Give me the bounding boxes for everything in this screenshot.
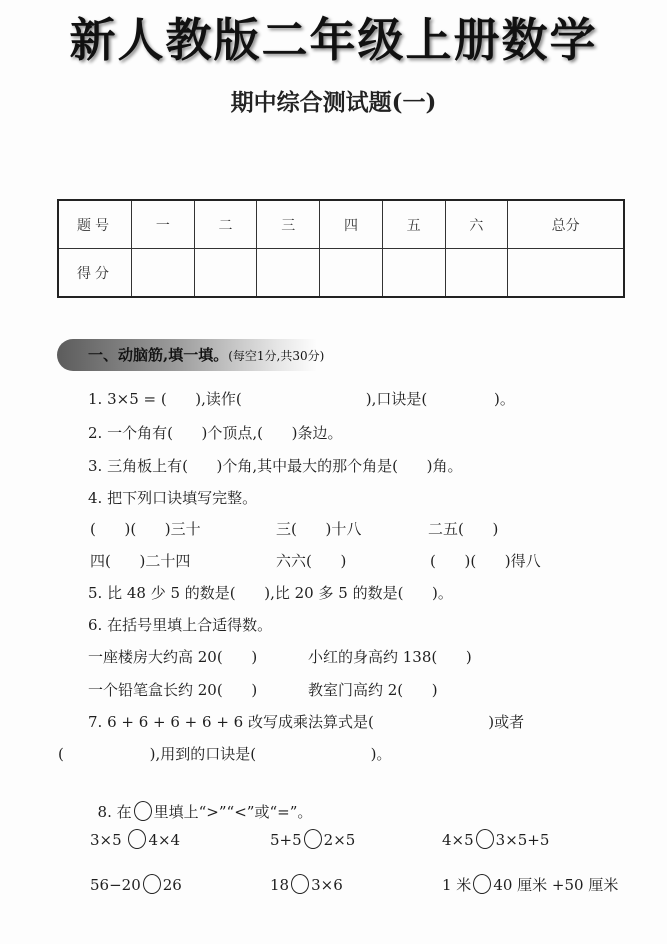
question-1: 1. 3×5 = ( ),读作( ),口诀是( )。: [88, 388, 515, 409]
score-cell: [445, 249, 508, 298]
page-title: 期中综合测试题(一): [0, 84, 667, 117]
question-6-title: 6. 在括号里填上合适得数。: [88, 614, 272, 635]
table-row: 题号 一 二 三 四 五 六 总分: [58, 200, 624, 249]
score-cell: [382, 249, 445, 298]
comparison-item: 1 米40 厘米 +50 厘米: [442, 874, 618, 895]
column-header: 一: [132, 200, 195, 249]
question-5: 5. 比 48 少 5 的数是( ),比 20 多 5 的数是( )。: [88, 582, 453, 603]
comparison-item: 56−2026: [90, 874, 182, 894]
question-7-line-1: 7. 6 + 6 + 6 + 6 + 6 改写成乘法算式是( )或者: [88, 711, 524, 732]
score-cell: [194, 249, 257, 298]
question-4-item: 六六( ): [276, 550, 346, 571]
score-cell: [257, 249, 320, 298]
column-header: 六: [445, 200, 508, 249]
banner-title: 新人教版二年级上册数学: [0, 4, 667, 70]
question-4-title: 4. 把下列口诀填写完整。: [88, 487, 257, 508]
question-7-line-2: ( ),用到的口诀是( )。: [58, 743, 391, 764]
column-header: 五: [382, 200, 445, 249]
question-3: 3. 三角板上有( )个角,其中最大的那个角是( )角。: [88, 455, 462, 476]
column-header: 四: [320, 200, 383, 249]
question-4-item: 四( )二十四: [90, 550, 190, 571]
row-header-score: 得分: [58, 249, 132, 298]
question-6-item: 小红的身高约 138( ): [308, 646, 472, 667]
comparison-item: 4×53×5+5: [442, 829, 549, 849]
question-2: 2. 一个角有( )个顶点,( )条边。: [88, 422, 342, 443]
comparison-item: 183×6: [270, 874, 343, 894]
circle-icon: [134, 801, 152, 821]
circle-icon[interactable]: [476, 829, 494, 849]
section-score-note: (每空1分,共30分): [228, 349, 324, 363]
circle-icon[interactable]: [304, 829, 322, 849]
score-cell: [132, 249, 195, 298]
circle-icon[interactable]: [128, 829, 146, 849]
column-header: 总分: [508, 200, 624, 249]
question-8-title: 8. 在里填上“>”“<”或“=”。: [88, 783, 312, 822]
circle-icon[interactable]: [291, 874, 309, 894]
section-title-text: 一、动脑筋,填一填。: [88, 346, 228, 364]
question-6-item: 一座楼房大约高 20( ): [88, 646, 257, 667]
circle-icon[interactable]: [473, 874, 491, 894]
section-title: 一、动脑筋,填一填。(每空1分,共30分): [88, 344, 324, 365]
question-4-item: ( )( )得八: [430, 550, 541, 571]
score-table: 题号 一 二 三 四 五 六 总分 得分: [57, 199, 625, 298]
question-6-item: 一个铅笔盒长约 20( ): [88, 679, 257, 700]
question-6-item: 教室门高约 2( ): [308, 679, 438, 700]
circle-icon[interactable]: [143, 874, 161, 894]
row-header-question-number: 题号: [58, 200, 132, 249]
comparison-item: 3×5 4×4: [90, 829, 180, 849]
question-4-item: 二五( ): [428, 518, 498, 539]
score-cell: [320, 249, 383, 298]
score-cell: [508, 249, 624, 298]
column-header: 二: [194, 200, 257, 249]
comparison-item: 5+52×5: [270, 829, 355, 849]
table-row: 得分: [58, 249, 624, 298]
question-4-item: ( )( )三十: [90, 518, 201, 539]
question-4-item: 三( )十八: [276, 518, 361, 539]
column-header: 三: [257, 200, 320, 249]
